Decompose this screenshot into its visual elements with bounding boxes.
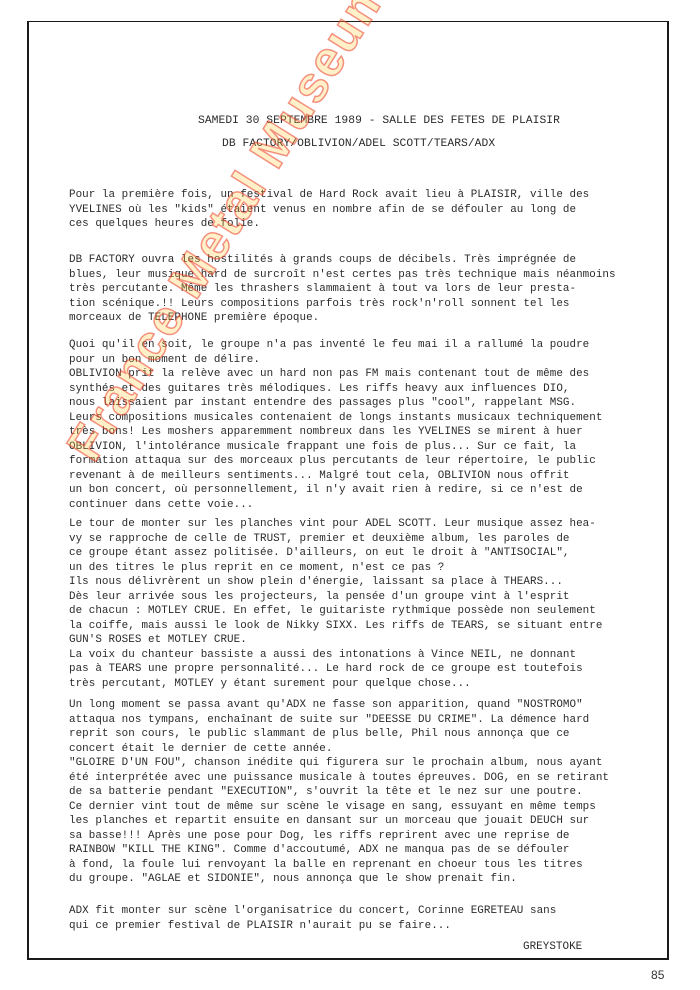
text-line: DB FACTORY ouvra les hostilités à grands… — [69, 253, 669, 268]
text-line: ces quelques heures de folie. — [69, 217, 669, 232]
text-line: été interprétée avec une puissance music… — [69, 771, 669, 786]
text-line: pour un bon moment de délire. — [69, 353, 669, 368]
text-line: Ce dernier vint tout de même sur scène l… — [69, 800, 669, 815]
text-line: sa basse!!! Après une pose pour Dog, les… — [69, 829, 669, 844]
paragraph-db-factory: DB FACTORY ouvra les hostilités à grands… — [69, 253, 669, 326]
text-line: OBLIVION, l'intolérance musicale frappan… — [69, 440, 669, 455]
text-line: un bon concert, où personnellement, il n… — [69, 483, 669, 498]
text-line: très percutante. Même les thrashers slam… — [69, 282, 669, 297]
text-line: reprit son cours, le public slammant de … — [69, 727, 669, 742]
text-line: attaqua nos tympans, enchaînant de suite… — [69, 713, 669, 728]
text-line: Ils nous délivrèrent un show plein d'éne… — [69, 575, 669, 590]
paragraph-adx: Un long moment se passa avant qu'ADX ne … — [69, 698, 669, 887]
text-line: concert était le dernier de cette année. — [69, 742, 669, 757]
text-line: pas à TEARS une propre personnalité... L… — [69, 662, 669, 677]
author-signature: GREYSTOKE — [523, 940, 582, 955]
text-line: "GLOIRE D'UN FOU", chanson inédite qui f… — [69, 756, 669, 771]
text-line: du groupe. "AGLAE et SIDONIE", nous anno… — [69, 872, 669, 887]
text-line: nous laissaient par instant entendre des… — [69, 396, 669, 411]
text-line: RAINBOW "KILL THE KING". Comme d'accoutu… — [69, 843, 669, 858]
text-line: la coiffe, mais aussi le look de Nikky S… — [69, 619, 669, 634]
text-line: Le tour de monter sur les planches vint … — [69, 517, 669, 532]
paragraph-intro: Pour la première fois, un festival de Ha… — [69, 188, 669, 232]
text-line: ADX fit monter sur scène l'organisatrice… — [69, 904, 669, 919]
paragraph-adel-scott-tears: Le tour de monter sur les planches vint … — [69, 517, 669, 691]
text-line: GUN'S ROSES et MOTLEY CRUE. — [69, 633, 669, 648]
text-line: YVELINES où les "kids" étaient venus en … — [69, 203, 669, 218]
text-line: Pour la première fois, un festival de Ha… — [69, 188, 669, 203]
text-line: formation attaqua sur des morceaux plus … — [69, 454, 669, 469]
article-title: SAMEDI 30 SEPTEMBRE 1989 - SALLE DES FET… — [198, 114, 560, 129]
text-line: qui ce premier festival de PLAISIR n'aur… — [69, 919, 669, 934]
text-line: revenant à de meilleurs sentiments... Ma… — [69, 469, 669, 484]
text-line: à fond, la foule lui renvoyant la balle … — [69, 858, 669, 873]
text-line: de sa batterie pendant "EXECUTION", s'ou… — [69, 785, 669, 800]
article-subtitle-bands: DB FACTORY/OBLIVION/ADEL SCOTT/TEARS/ADX — [222, 137, 495, 152]
paragraph-oblivion: Quoi qu'il en soit, le groupe n'a pas in… — [69, 338, 669, 512]
text-line: Leurs compositions musicales contenaient… — [69, 411, 669, 426]
article: SAMEDI 30 SEPTEMBRE 1989 - SALLE DES FET… — [0, 0, 700, 990]
text-line: un des titres le plus reprit en ce momen… — [69, 561, 669, 576]
text-line: ce groupe étant assez politisée. D'aille… — [69, 546, 669, 561]
text-line: Un long moment se passa avant qu'ADX ne … — [69, 698, 669, 713]
text-line: de chacun : MOTLEY CRUE. En effet, le gu… — [69, 604, 669, 619]
text-line: blues, leur musique hard de surcroît n'e… — [69, 268, 669, 283]
text-line: synthés et des guitares très mélodiques.… — [69, 382, 669, 397]
page-number: 85 — [651, 968, 664, 983]
text-line: OBLIVION prit la relève avec un hard non… — [69, 367, 669, 382]
text-line: La voix du chanteur bassiste a aussi des… — [69, 648, 669, 663]
text-line: vy se rapproche de celle de TRUST, premi… — [69, 532, 669, 547]
text-line: très bons! Les moshers apparemment nombr… — [69, 425, 669, 440]
text-line: tion scénique.!! Leurs compositions parf… — [69, 297, 669, 312]
text-line: morceaux de TELEPHONE première époque. — [69, 311, 669, 326]
text-line: Quoi qu'il en soit, le groupe n'a pas in… — [69, 338, 669, 353]
text-line: Dès leur arrivée sous les projecteurs, l… — [69, 590, 669, 605]
text-line: continuer dans cette voie... — [69, 498, 669, 513]
text-line: très percutant, MOTLEY y étant surement … — [69, 677, 669, 692]
text-line: les planches et repartit ensuite en dans… — [69, 814, 669, 829]
paragraph-closing: ADX fit monter sur scène l'organisatrice… — [69, 904, 669, 933]
